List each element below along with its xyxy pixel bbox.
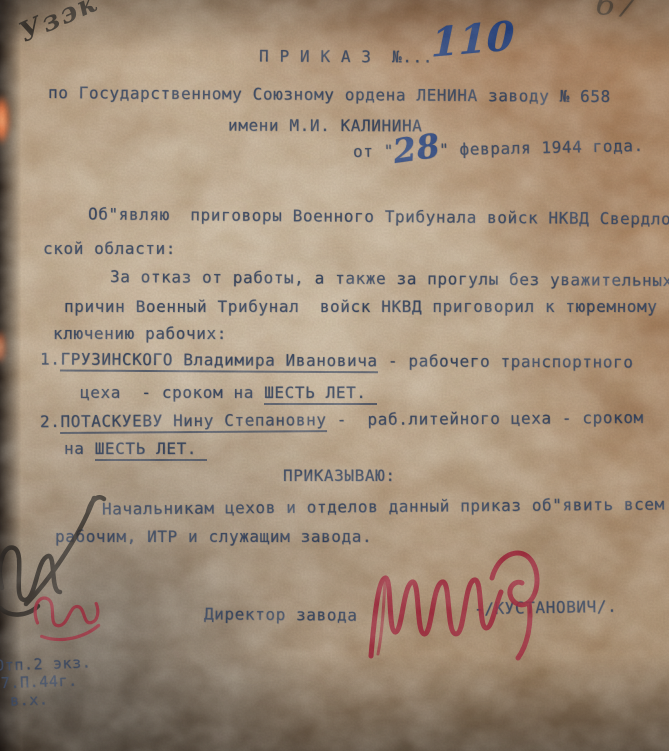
- date-day-handwritten: 28: [392, 138, 441, 159]
- date-suffix: " февраля 1944 года.: [439, 136, 644, 159]
- item1-line2: цеха - сроком на ШЕСТЬ ЛЕТ.: [80, 383, 377, 402]
- order-title: П Р И К А З №...: [259, 47, 433, 67]
- corner-scribble: Узэк28: [15, 0, 131, 49]
- item1-number: 1.: [40, 349, 61, 368]
- footer-initials: в.х.: [10, 690, 49, 709]
- date-prefix: от ": [353, 141, 394, 161]
- paper-wash-texture: [0, 0, 669, 751]
- para2-line3: ключению рабочих:: [53, 324, 227, 343]
- item1-line1: 1.ГРУЗИНСКОГО Владимира Ивановича - рабо…: [40, 349, 634, 371]
- item1-term-underlined: ШЕСТЬ ЛЕТ.: [264, 383, 376, 405]
- para2-line1: За отказ от работы, а также за прогулы б…: [110, 267, 669, 290]
- item2-number: 2.: [40, 412, 61, 431]
- paper-shade-texture: [0, 0, 669, 751]
- item2-term-underlined: ШЕСТЬ ЛЕТ.: [95, 439, 207, 461]
- director-signature-red-ink: [364, 544, 564, 662]
- footer-copies: Отп.2 экз.: [0, 653, 92, 674]
- para1-line2: ской области:: [43, 239, 176, 258]
- item1-name-underlined: ГРУЗИНСКОГО Владимира Ивановича: [60, 350, 377, 374]
- order-number-handwritten: 110: [431, 12, 515, 67]
- item2-line1: 2.ПОТАСКУЕВУ Нину Степановну - раб.литей…: [40, 408, 644, 431]
- date-line: от "28" февраля 1944 года.: [353, 133, 644, 161]
- issuer-line-1: по Государственному Союзному ордена ЛЕНИ…: [48, 83, 611, 106]
- margin-signature-red-ink: [22, 574, 115, 648]
- item1-line2-lead: цеха - сроком на: [80, 383, 264, 402]
- page-number: 67: [594, 0, 638, 26]
- item1-rest: - рабочего транспортного: [378, 351, 634, 371]
- paper-grain-texture: [0, 0, 669, 751]
- item2-rest: - раб.литейного цеха - сроком: [326, 408, 643, 429]
- signoff-role: Директор завода: [204, 604, 358, 624]
- item2-name-underlined: ПОТАСКУЕВУ Нину Степановну: [60, 410, 326, 434]
- paper-blotch-texture: [0, 0, 669, 751]
- corner-scribble-text: Узэк: [15, 0, 103, 49]
- item2-line2-lead: на: [64, 439, 95, 458]
- item2-line2: на ШЕСТЬ ЛЕТ.: [64, 439, 207, 458]
- para3-line1: Начальникам цехов и отделов данный прика…: [102, 495, 665, 519]
- footer-date: 27.П.44г.: [0, 671, 78, 692]
- command-line: ПРИКАЗЫВАЮ:: [283, 466, 396, 485]
- document-photo: Узэк28 67 П Р И К А З №... 110 по Госуда…: [0, 0, 669, 751]
- para1-line1: Об"являю приговоры Военного Трибунала во…: [88, 204, 669, 228]
- para2-line2: причин Военный Трибунал войск НКВД приго…: [64, 297, 669, 316]
- burn-mark-left-mid: [0, 330, 6, 364]
- burn-mark-left-top: [0, 94, 10, 146]
